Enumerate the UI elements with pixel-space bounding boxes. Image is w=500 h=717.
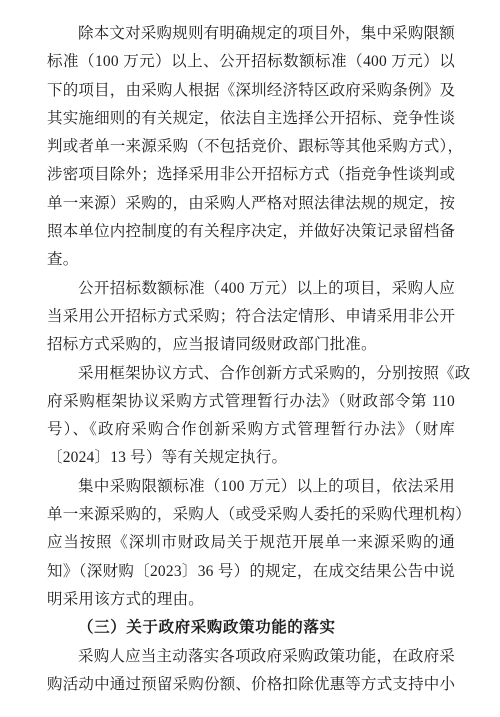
- text-line: 应当按照《深圳市财政局关于规范开展单一来源采购的通: [47, 529, 455, 557]
- text-line: 购活动中通过预留采购份额、价格扣除优惠等方式支持中小: [47, 671, 455, 699]
- text-line: 照本单位内控制度的有关程序决定，并做好决策记录留档备: [47, 218, 455, 246]
- text-line: 判或者单一来源采购（不包括竞价、跟标等其他采购方式），: [47, 133, 455, 161]
- text-line: 招标方式采购的，应当报请同级财政部门批准。: [47, 331, 455, 359]
- text-line: 采用框架协议方式、合作创新方式采购的，分别按照《政: [47, 360, 455, 388]
- document-page: 除本文对采购规则有明确规定的项目外，集中采购限额 标准（100 万元）以上、公开…: [0, 0, 500, 717]
- text-line: 公开招标数额标准（400 万元）以上的项目，采购人应: [47, 275, 455, 303]
- text-line: 当采用公开招标方式采购；符合法定情形、申请采用非公开: [47, 303, 455, 331]
- text-line: 〔2024〕13 号）等有关规定执行。: [47, 444, 455, 472]
- text-line: 下的项目，由采购人根据《深圳经济特区政府采购条例》及: [47, 77, 455, 105]
- document-text: 除本文对采购规则有明确规定的项目外，集中采购限额 标准（100 万元）以上、公开…: [47, 20, 455, 699]
- text-line: 明采用该方式的理由。: [47, 586, 455, 614]
- text-line: 标准（100 万元）以上、公开招标数额标准（400 万元）以: [47, 48, 455, 76]
- text-line: 府采购框架协议采购方式管理暂行办法》（财政部令第 110: [47, 388, 455, 416]
- text-line: 涉密项目除外；选择采用非公开招标方式（指竞争性谈判或: [47, 161, 455, 189]
- text-line: 知》（深财购〔2023〕36 号）的规定，在成交结果公告中说: [47, 558, 455, 586]
- text-line: 采购人应当主动落实各项政府采购政策功能，在政府采: [47, 643, 455, 671]
- text-line: 除本文对采购规则有明确规定的项目外，集中采购限额: [47, 20, 455, 48]
- text-line: 单一来源）采购的，由采购人严格对照法律法规的规定，按: [47, 190, 455, 218]
- text-line: 其实施细则的有关规定，依法自主选择公开招标、竞争性谈: [47, 105, 455, 133]
- text-line: 集中采购限额标准（100 万元）以上的项目，依法采用: [47, 473, 455, 501]
- section-heading: （三）关于政府采购政策功能的落实: [47, 614, 455, 642]
- text-line: 单一来源采购的，采购人（或受采购人委托的采购代理机构）: [47, 501, 455, 529]
- text-line: 查。: [47, 246, 455, 274]
- text-line: 号）、《政府采购合作创新采购方式管理暂行办法》（财库: [47, 416, 455, 444]
